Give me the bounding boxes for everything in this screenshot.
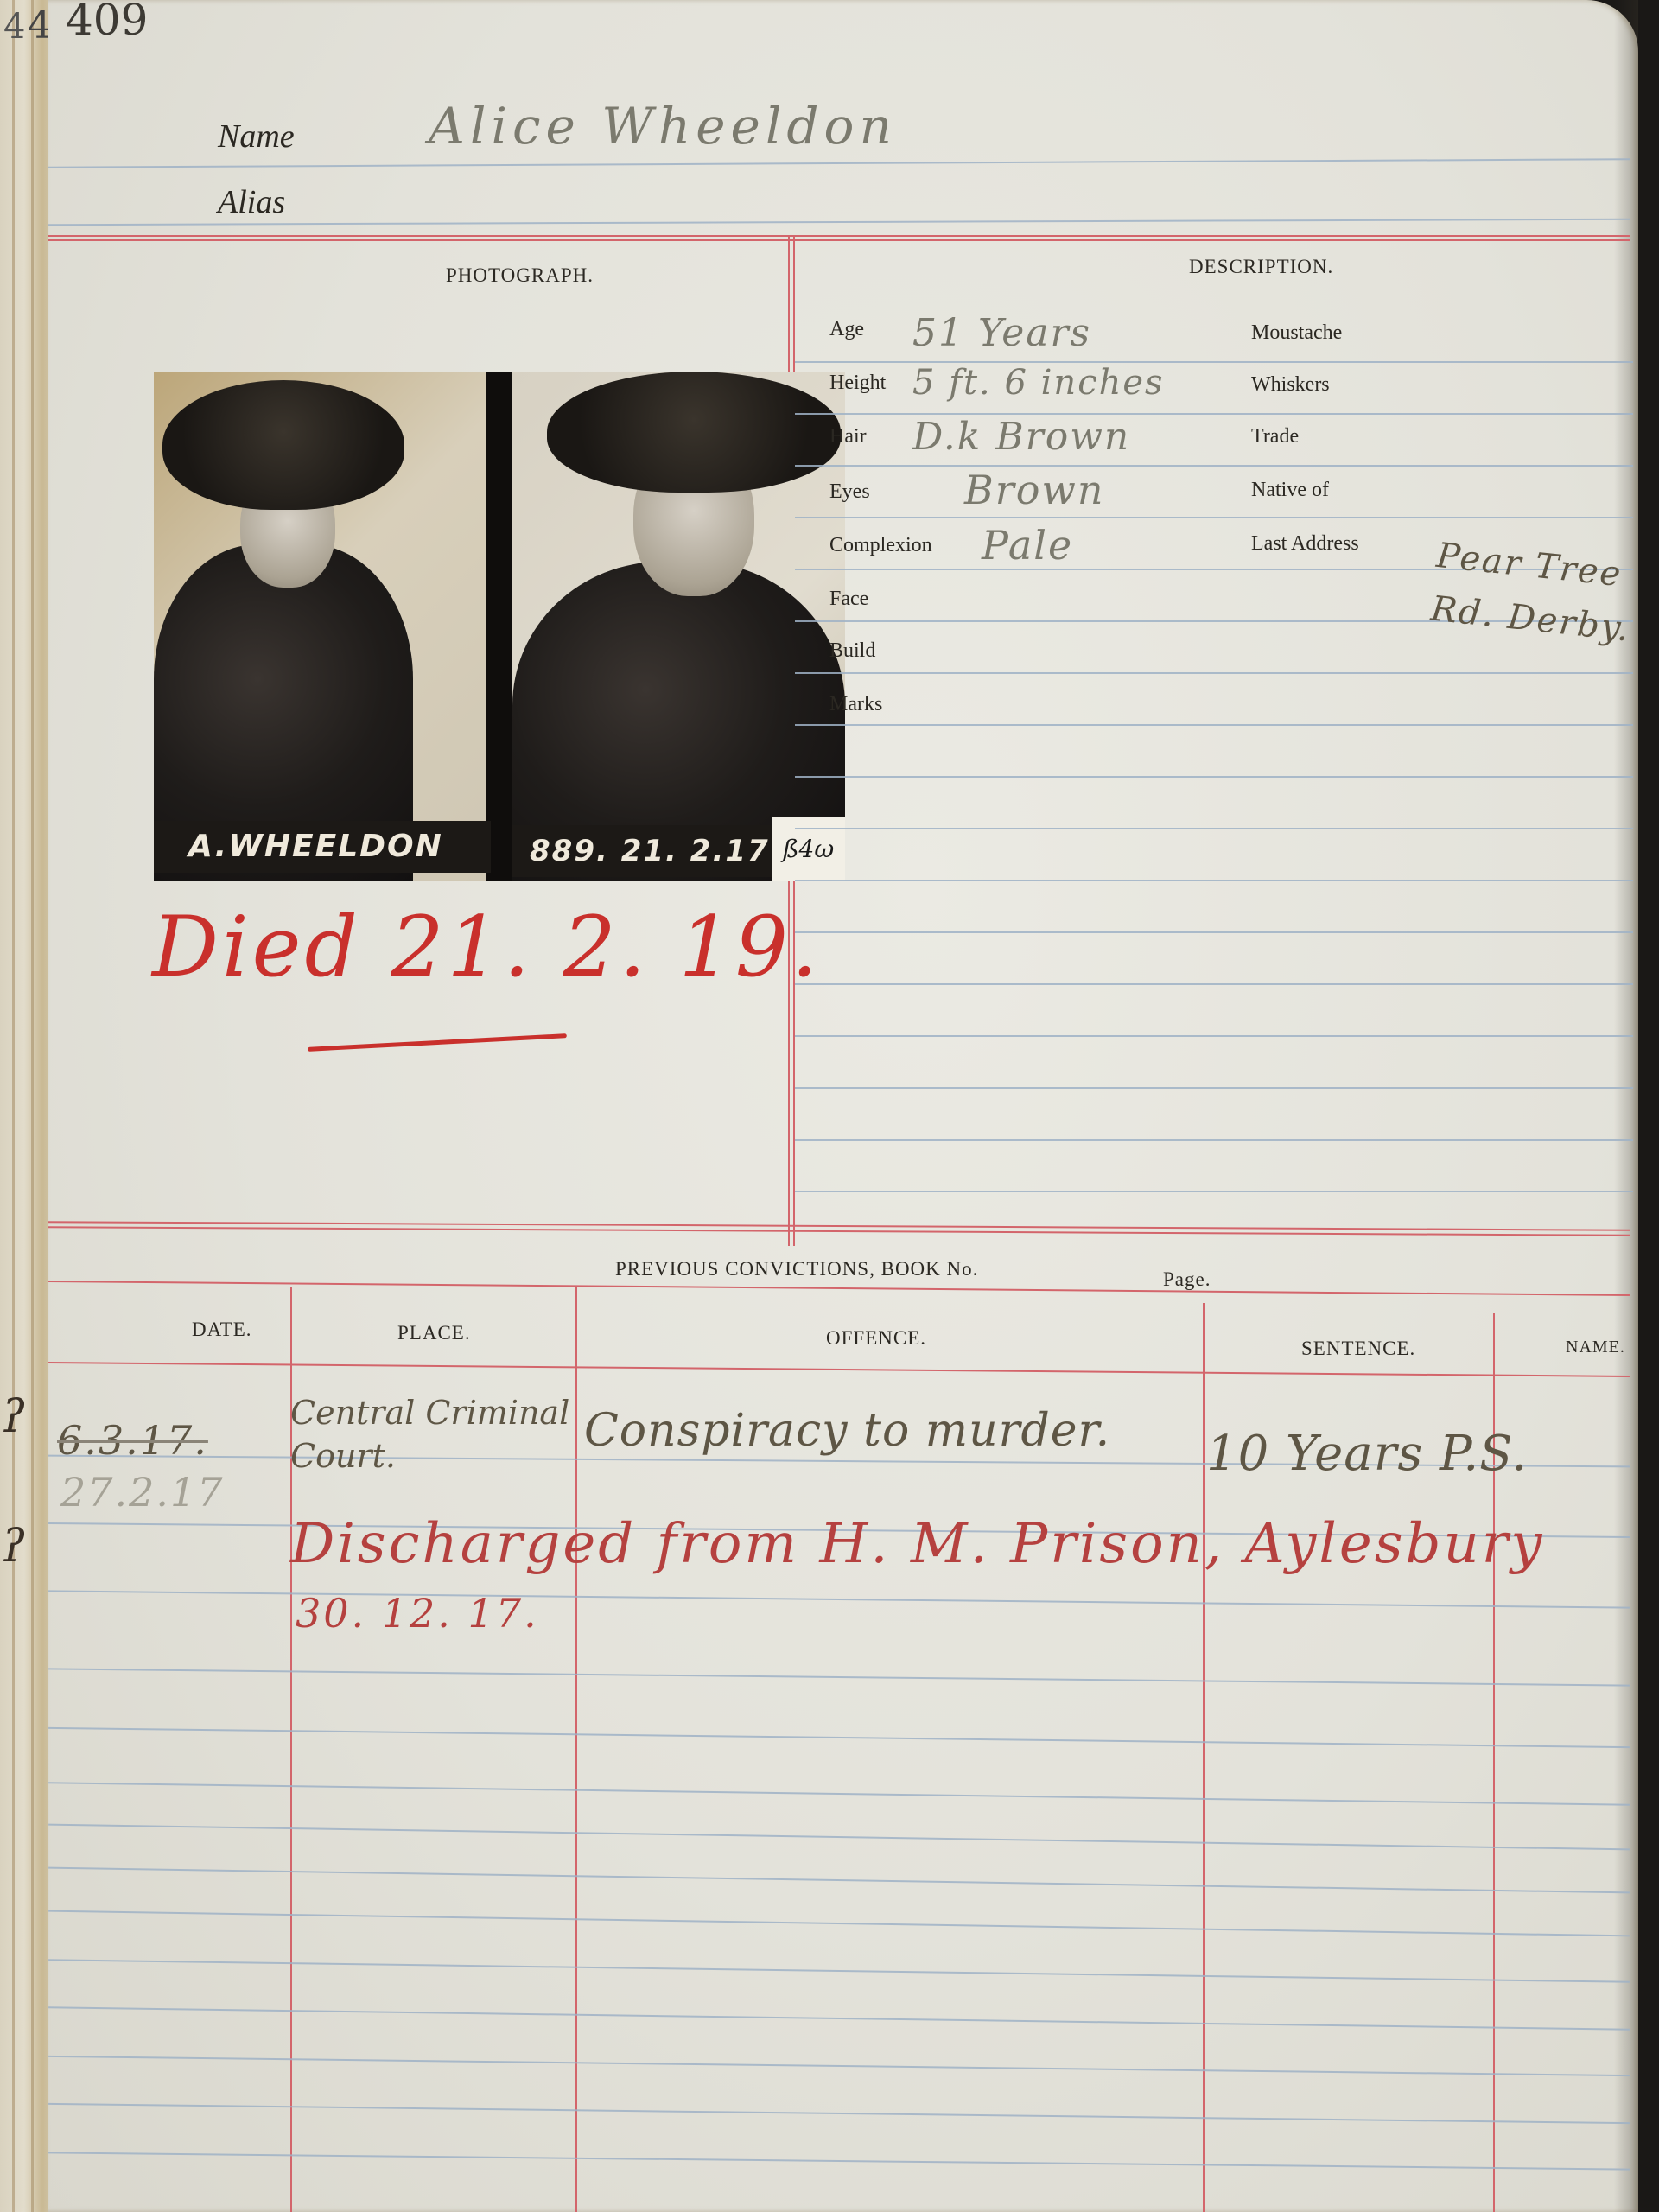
trade-label: Trade <box>1251 425 1299 448</box>
column-header-sentence: SENTENCE. <box>1301 1338 1415 1360</box>
hair-label: Hair <box>829 425 867 448</box>
red-rule <box>48 239 1630 241</box>
ruled-line <box>48 2006 1630 2031</box>
conviction-sentence: 10 Years P.S. <box>1206 1426 1528 1482</box>
ruled-line <box>795 724 1633 726</box>
ruled-line <box>795 1035 1633 1037</box>
photo-tag: ß4ω <box>772 817 845 881</box>
last-address-value[interactable]: Pear Tree Rd. Derby. <box>1428 529 1659 658</box>
ruled-line <box>48 1782 1630 1806</box>
ruled-line <box>48 1824 1630 1851</box>
conviction-place: Central Criminal Court. <box>290 1391 584 1478</box>
description-heading: DESCRIPTION. <box>1189 256 1333 278</box>
moustache-label: Moustache <box>1251 321 1342 345</box>
page-curl-shadow <box>1614 0 1638 2212</box>
last-address-label: Last Address <box>1251 532 1359 556</box>
stack-margin-mark: ʔ <box>2 1391 26 1443</box>
ruled-line <box>795 517 1633 518</box>
conviction-offence: Conspiracy to murder. <box>584 1405 1110 1457</box>
front-photo <box>512 372 845 881</box>
build-label: Build <box>829 639 875 663</box>
page-number: 409 <box>66 0 148 45</box>
ruled-line <box>48 2152 1630 2170</box>
ruled-line <box>48 1668 1630 1686</box>
whiskers-label: Whiskers <box>1251 373 1330 397</box>
alias-label: Alias <box>218 183 285 221</box>
stack-edge-line <box>12 0 15 2212</box>
native-of-label: Native of <box>1251 479 1329 502</box>
ruled-line <box>795 983 1633 985</box>
height-value[interactable]: 5 ft. 6 inches <box>912 363 1165 403</box>
eyes-label: Eyes <box>829 480 870 504</box>
death-note-underline <box>308 1033 567 1052</box>
ruled-line <box>48 1867 1630 1894</box>
hat-shape <box>162 380 404 510</box>
complexion-value[interactable]: Pale <box>982 522 1073 569</box>
column-header-offence: OFFENCE. <box>826 1327 926 1350</box>
eyes-value[interactable]: Brown <box>964 467 1105 513</box>
mugshot-photograph[interactable]: A.WHEELDON 889. 21. 2.17 ß4ω <box>154 372 845 881</box>
convictions-page-label: Page. <box>1163 1268 1211 1291</box>
ruled-line <box>795 672 1633 674</box>
height-label: Height <box>829 372 886 395</box>
ruled-line <box>795 465 1633 467</box>
age-value[interactable]: 51 Years <box>912 311 1091 355</box>
ruled-line <box>795 828 1633 829</box>
face-label: Face <box>829 588 868 611</box>
red-rule <box>48 1281 1630 1296</box>
discharge-text: Discharged from H. M. Prison, Aylesbury <box>290 1512 1544 1576</box>
photograph-heading: PHOTOGRAPH. <box>446 264 594 287</box>
ruled-line <box>48 1910 1630 1937</box>
stack-page-number: 4 <box>3 7 25 47</box>
register-page: 409 Name Alice Wheeldon Alias PHOTOGRAPH… <box>48 0 1638 2212</box>
column-header-name: NAME. <box>1566 1338 1625 1357</box>
profile-photo <box>154 372 486 881</box>
ruled-line <box>48 158 1630 168</box>
death-note: Died 21. 2. 19. <box>152 899 821 995</box>
conviction-date: 6.3.17. <box>57 1417 208 1464</box>
hair-value[interactable]: D.k Brown <box>912 415 1130 459</box>
conviction-date-note: 27.2.17 <box>60 1469 225 1516</box>
marks-label: Marks <box>829 693 882 716</box>
ruled-line <box>795 776 1633 778</box>
profile-caption: A.WHEELDON <box>154 821 491 873</box>
column-header-date: DATE. <box>192 1319 252 1341</box>
ruled-line <box>48 1959 1630 1983</box>
name-value[interactable]: Alice Wheeldon <box>429 97 897 156</box>
ruled-line <box>48 2056 1630 2076</box>
photo-divider <box>486 372 512 881</box>
column-header-place: PLACE. <box>397 1322 471 1344</box>
ruled-line <box>795 880 1633 881</box>
front-caption: 889. 21. 2.17 <box>512 825 772 877</box>
discharge-annotation: Discharged from H. M. Prison, Aylesbury … <box>290 1503 1500 1650</box>
ruled-line <box>795 1139 1633 1141</box>
convictions-heading: PREVIOUS CONVICTIONS, BOOK No. <box>615 1258 978 1281</box>
complexion-label: Complexion <box>829 534 932 557</box>
ruled-line <box>795 1087 1633 1089</box>
hat-shape <box>547 372 841 493</box>
ruled-line <box>795 931 1633 933</box>
ruled-line <box>795 1191 1633 1192</box>
ruled-line <box>48 219 1630 226</box>
discharge-date: 30. 12. 17. <box>296 1590 539 1637</box>
stack-margin-mark: ʔ <box>2 1521 26 1573</box>
ruled-line <box>48 2103 1630 2124</box>
red-rule <box>48 235 1630 237</box>
stack-edge-line <box>31 0 34 2212</box>
name-label: Name <box>218 118 295 156</box>
age-label: Age <box>829 318 864 341</box>
ruled-line <box>48 1727 1630 1748</box>
